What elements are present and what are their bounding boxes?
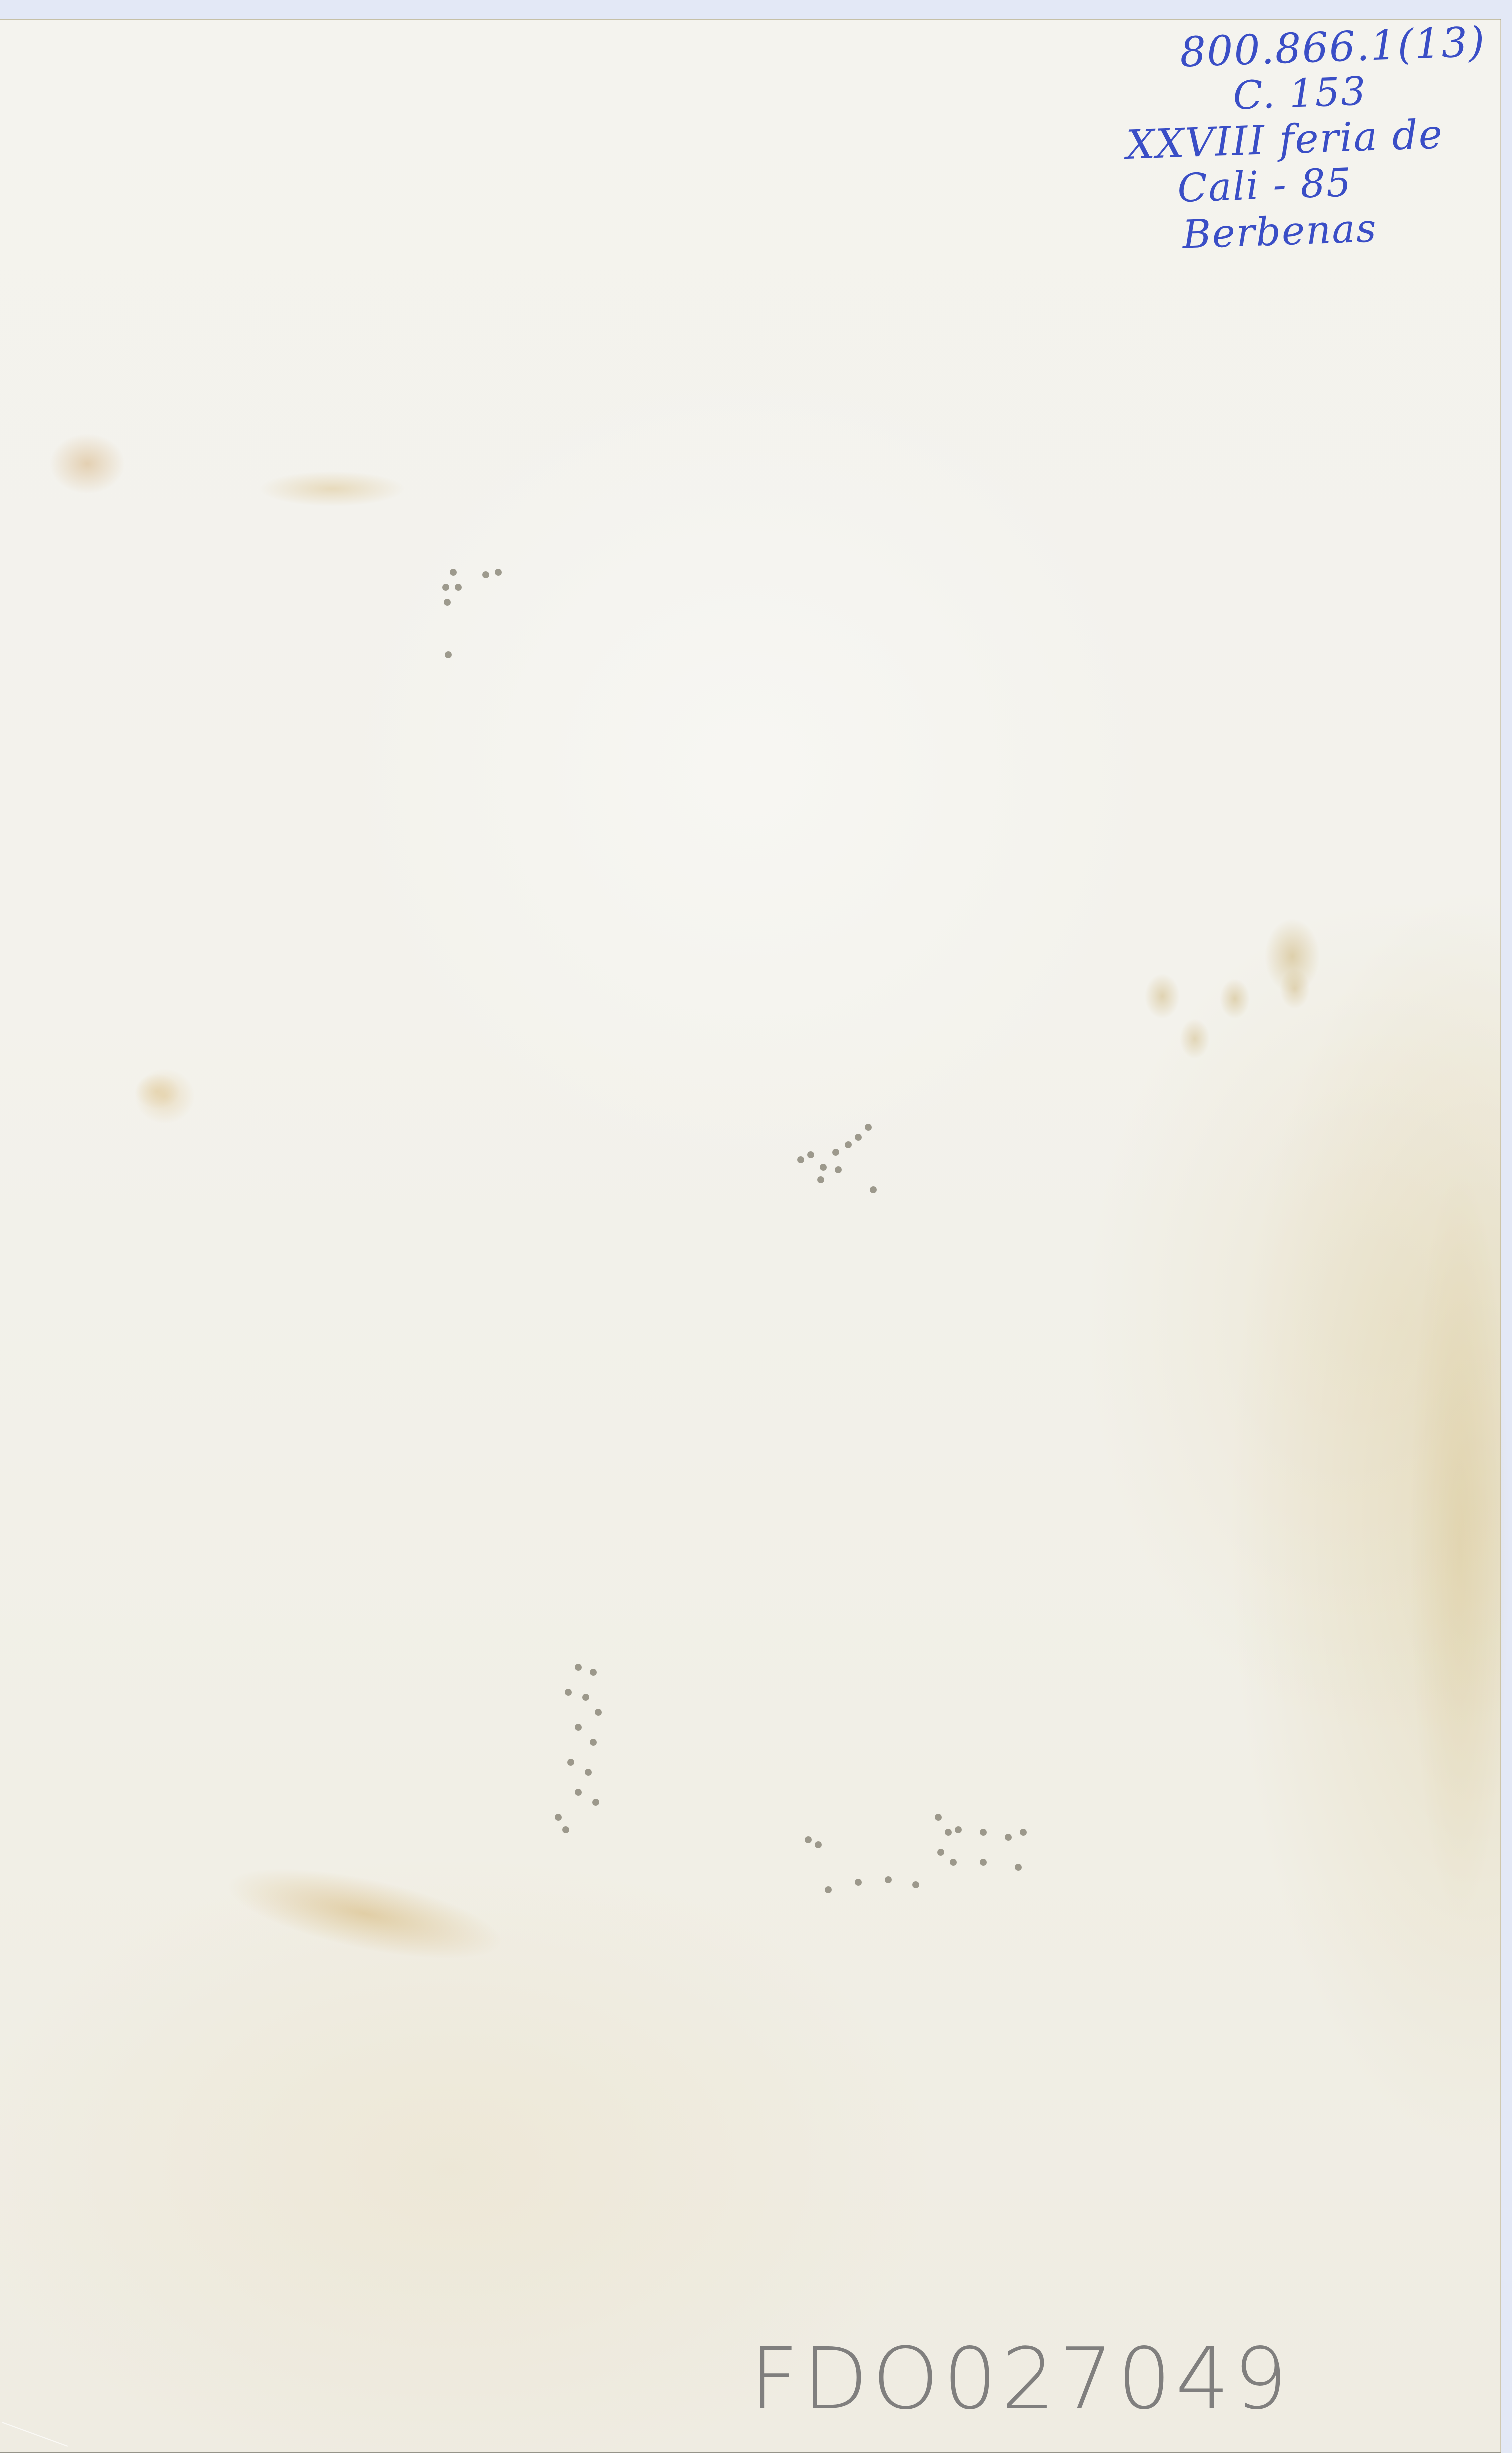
foxing-stain-left-mid <box>135 1069 195 1124</box>
residue-specks-middle <box>795 1119 895 1194</box>
foxing-stain-right-1 <box>1265 919 1320 994</box>
foxing-stain-right-4 <box>1180 1019 1210 1059</box>
paper-crease <box>2 2422 68 2447</box>
residue-specks-lower-right <box>805 1814 1045 1904</box>
edge-discoloration-right <box>1410 1169 1510 1919</box>
foxing-stain-upper-left <box>50 434 125 494</box>
foxing-stain-right-2 <box>1145 974 1180 1019</box>
pencil-catalog-number: FDO027049 <box>750 2330 1291 2429</box>
ink-annotation: 800.866.1(13) C. 153 XXVIII feria de Cal… <box>1100 25 1480 255</box>
foxing-stain-left-2 <box>135 1074 180 1109</box>
foxing-stain-streak-lower <box>221 1850 509 1977</box>
photo-back-paper <box>0 19 1501 2453</box>
residue-specks-lower-left <box>555 1664 615 1834</box>
foxing-stain-right-5 <box>1280 969 1310 1009</box>
foxing-stain-streak-upper <box>260 471 405 506</box>
residue-specks-upper <box>435 569 535 669</box>
foxing-stain-right-3 <box>1220 979 1250 1019</box>
